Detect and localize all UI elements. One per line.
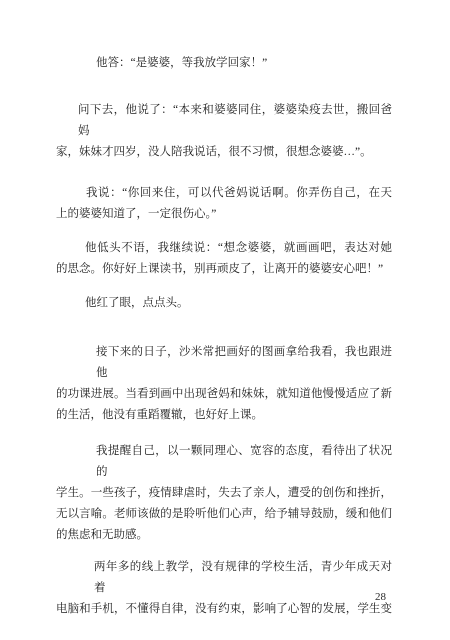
text-line: 上的婆婆知道了，一定很伤心。” (56, 204, 392, 225)
text-line: 无以言喻。老师该做的是聆听他们心声，给予辅导鼓励，缓和他们 (56, 504, 392, 525)
text-line: 他低头不语，我继续说：“想念婆婆，就画画吧，表达对她 (56, 238, 392, 259)
text-line: 我提醒自己，以一颗同理心、宽容的态度，看待出了状况的 (56, 441, 392, 483)
page-number: 28 (56, 590, 386, 605)
paragraph-5: 他红了眼，点点头。 (56, 293, 392, 314)
text-line: 我说：“你回来住，可以代爸妈说话啊。你弄伤自己，在天 (56, 183, 392, 204)
document-content: 他答：“是婆婆，等我放学回家！” 问下去，他说了：“本来和婆婆同住，婆婆染疫去世… (56, 53, 392, 620)
paragraph-2: 问下去，他说了：“本来和婆婆同住，婆婆染疫去世，搬回爸妈 家，妹妹才四岁，没人陪… (56, 100, 392, 163)
text-line: 家，妹妹才四岁，没人陪我说话，很不习惯，很想念婆婆…”。 (56, 142, 392, 163)
text-line: 的焦虑和无助感。 (56, 525, 392, 546)
paragraph-8: 两年多的线上教学，没有规律的学校生活，青少年成天对着 电脑和手机，不懂得自律，没… (56, 557, 392, 620)
text-line: 的思念。你好好上课读书，别再顽皮了，让离开的婆婆安心吧！” (56, 259, 392, 280)
document-page: 他答：“是婆婆，等我放学回家！” 问下去，他说了：“本来和婆婆同住，婆婆染疫去世… (0, 0, 450, 640)
text-line: 他红了眼，点点头。 (56, 293, 392, 314)
text-line: 的生活，他没有重蹈覆辙，也好好上课。 (56, 405, 392, 426)
paragraph-4: 他低头不语，我继续说：“想念婆婆，就画画吧，表达对她 的思念。你好好上课读书，别… (56, 238, 392, 280)
paragraph-6: 接下来的日子，沙米常把画好的图画拿给我看，我也跟进他 的功课进展。当看到画中出现… (56, 342, 392, 426)
text-line: 学生。一些孩子，疫情肆虐时，失去了亲人，遭受的创伤和挫折， (56, 483, 392, 504)
text-line: 的功课进展。当看到画中出现爸妈和妹妹，就知道他慢慢适应了新 (56, 384, 392, 405)
paragraph-1: 他答：“是婆婆，等我放学回家！” (56, 53, 392, 74)
text-line: 他答：“是婆婆，等我放学回家！” (56, 53, 392, 74)
paragraph-3: 我说：“你回来住，可以代爸妈说话啊。你弄伤自己，在天 上的婆婆知道了，一定很伤心… (56, 183, 392, 225)
text-line: 接下来的日子，沙米常把画好的图画拿给我看，我也跟进他 (56, 342, 392, 384)
paragraph-7: 我提醒自己，以一颗同理心、宽容的态度，看待出了状况的 学生。一些孩子，疫情肆虐时… (56, 441, 392, 546)
text-line: 问下去，他说了：“本来和婆婆同住，婆婆染疫去世，搬回爸妈 (56, 100, 392, 142)
